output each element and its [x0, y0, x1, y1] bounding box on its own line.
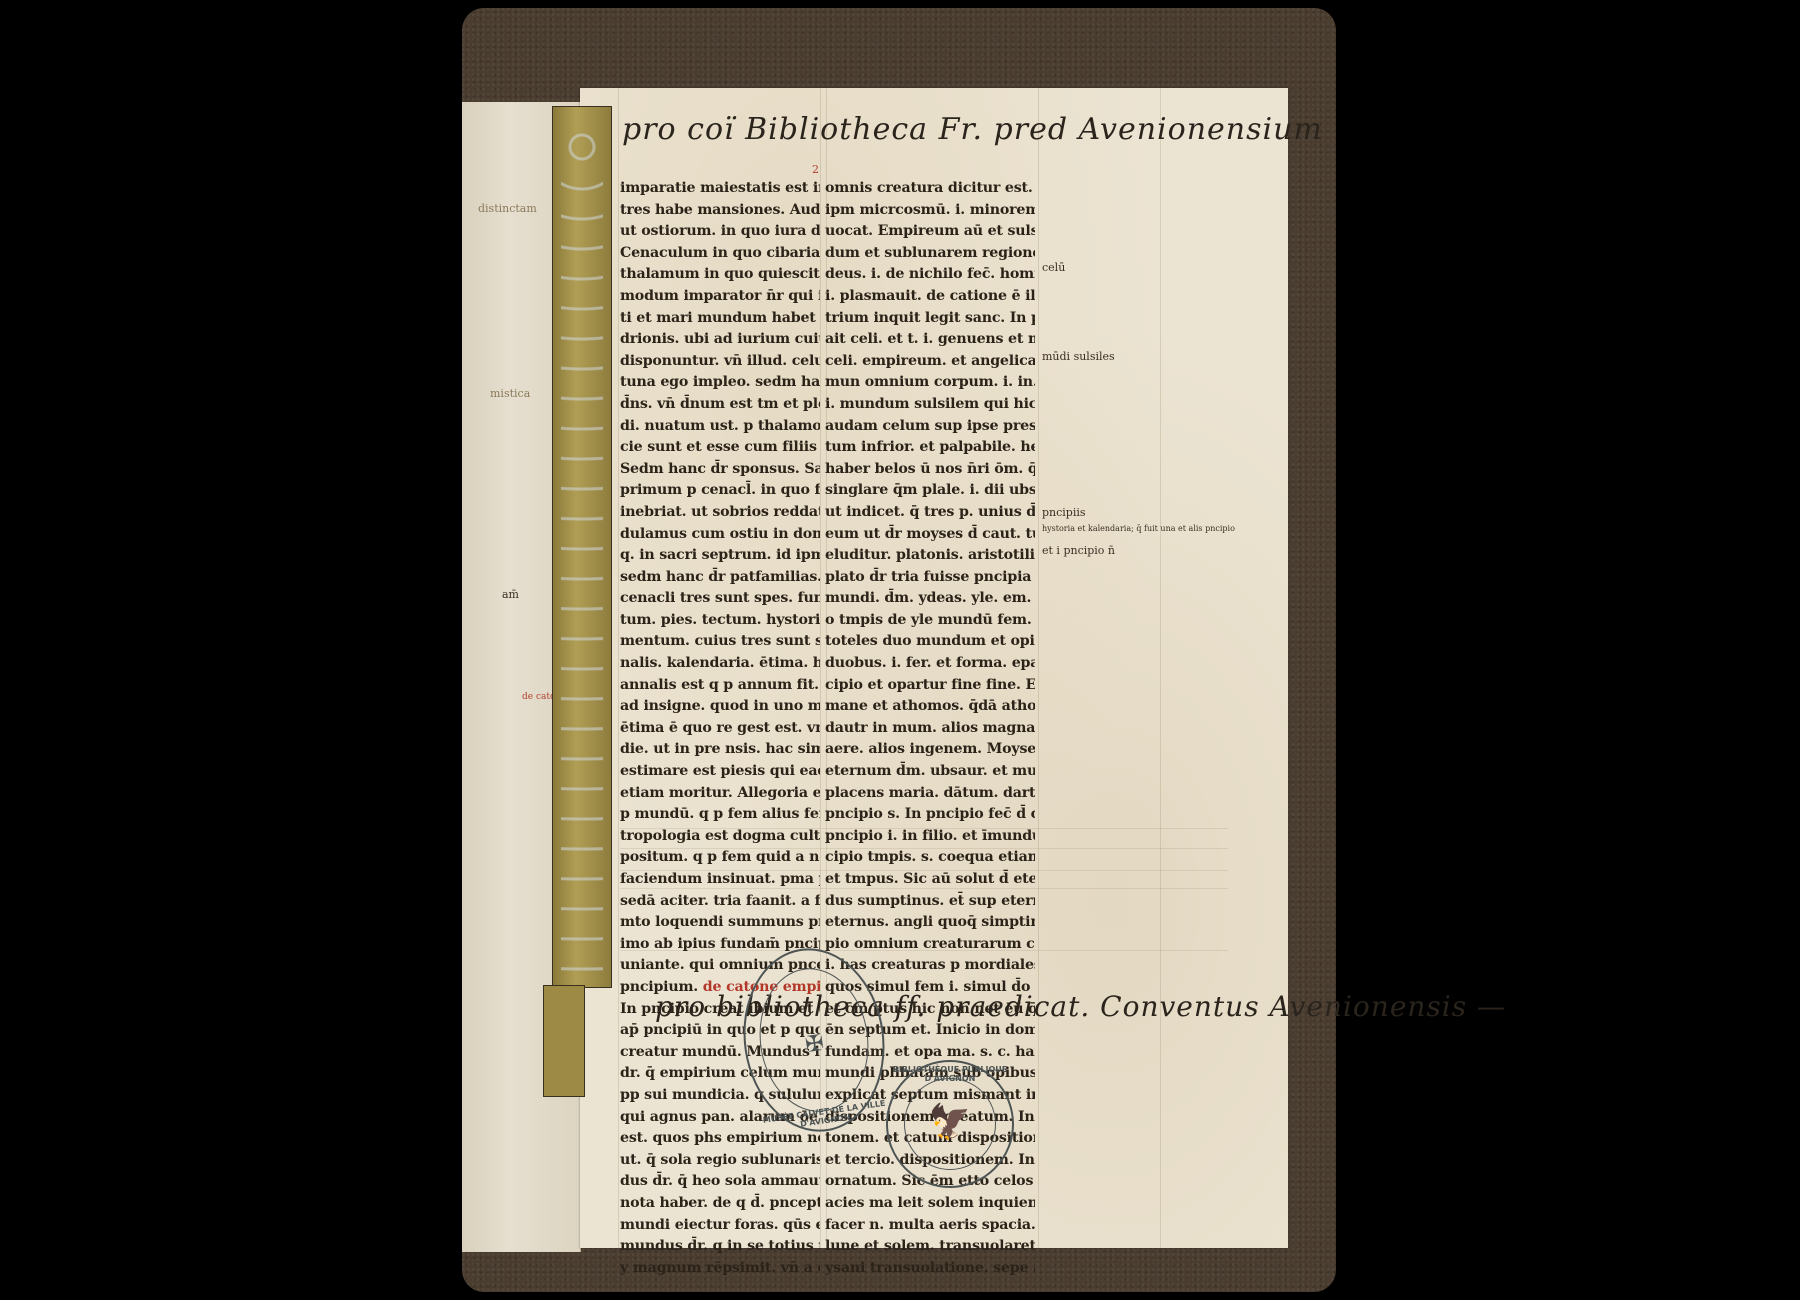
text-line: tum. pies. tectum. hystoria funda — [620, 610, 820, 632]
text-line: pncipio s. In pncipio fec̄ d̄ c. et t. m — [825, 804, 1035, 826]
text-line: dus d̄r. q̄ heo sola ammautia nō — [620, 1171, 820, 1193]
text-line: p mundū. q p fem alius fem signt — [620, 804, 820, 826]
text-line: acies ma leit solem inquientem. q̄ d̄ no… — [825, 1193, 1035, 1215]
text-line: o tmpis de yle mundū fem. fuisse. Ari — [825, 610, 1035, 632]
text-line: cipio et opartur fine fine. Epicurus du — [825, 675, 1035, 697]
text-line: duobus. i. fer. et forma. eparens fer pn — [825, 653, 1035, 675]
bibliotheque-avignon-stamp: 🦅 BIBLIOTHÈQUE PUBLIQUE D'AVIGNON — [886, 1060, 1014, 1188]
eagle-emblem-icon: 🦅 — [888, 1102, 1012, 1142]
marginal-note: pncipiis — [1042, 506, 1086, 519]
text-line: facer n. multa aeris spacia. q̄ sunt mū — [825, 1215, 1035, 1237]
text-line: mto loquendi summuns pncipium. — [620, 912, 820, 934]
marginal-note: distinctam — [478, 202, 537, 215]
text-line: celi. empireum. et angelicam n̄m. Tuum — [825, 351, 1035, 373]
ownership-inscription-top: pro coï Bibliotheca Fr. pred Avenionensi… — [622, 112, 1323, 147]
text-line: ti et mari mundum habet pan — [620, 308, 820, 330]
text-line: etiam moritur. Allegoria est piesis — [620, 783, 820, 805]
text-line: imparatie maiestatis est in palacio — [620, 178, 820, 200]
text-line: estimare est piesis qui eadie qua nat — [620, 761, 820, 783]
text-line: dum et sublunarem regionem caut — [825, 243, 1035, 265]
text-line: tum infrior. et palpabile. hebreus — [825, 437, 1035, 459]
text-line: q. in sacri septrum. id ipm sapientie — [620, 545, 820, 567]
text-line: ysani transuolatione. sepe addam pius — [825, 1258, 1035, 1280]
text-line: sedm hanc d̄r patfamilias. huiu — [620, 567, 820, 589]
marginal-note: am̄ — [502, 588, 519, 601]
text-line: faciendum insinuat. pma planga — [620, 869, 820, 891]
text-line: ut ostiorum. in quo iura discent. — [620, 221, 820, 243]
text-line: haber belos ū nos n̄ri ōm. q̄ ēua — [825, 459, 1035, 481]
text-line: ētima ē quo re gest est. vno — [620, 718, 820, 740]
text-line: modum imparator n̄r qui impartie — [620, 286, 820, 308]
illuminated-initial-tail — [543, 985, 585, 1097]
vine-ornament — [561, 117, 603, 977]
text-line: pio omnium creaturarum creauit celum et … — [825, 934, 1035, 956]
text-line: i. mundum sulsilem qui hic çstatuem. — [825, 394, 1035, 416]
text-line: ad insigne. quod in uno mse fit. ē — [620, 696, 820, 718]
text-line: tropologia est dogma cultuū sup — [620, 826, 820, 848]
illuminated-initial-i — [552, 106, 612, 988]
text-line: disponuntur. vn̄ illud. celum est — [620, 351, 820, 373]
text-line: cie sunt et esse cum filiis hominū. — [620, 437, 820, 459]
text-line: dautr in mum. alios magna. alios in — [825, 718, 1035, 740]
text-line: mentum. cuius tres sunt spes. An — [620, 631, 820, 653]
text-line: eum ut d̄r moyses d̄ caut. tum errore — [825, 524, 1035, 546]
text-line: i. plasmauit. de catione ē illorum — [825, 286, 1035, 308]
text-line: ipm micrcosmū. i. minorem mundū — [825, 200, 1035, 222]
text-line: nalis. kalendaria. ētima. hystoria — [620, 653, 820, 675]
text-line: eternus. angli quoq̄ simptinu. et mpnci — [825, 912, 1035, 934]
text-line: uocat. Empireum aū et sulsilem mū — [825, 221, 1035, 243]
text-line: dus sumptinus. et̄ sup eternus. i. timpa… — [825, 891, 1035, 913]
text-line: mundus d̄r. q in se totius mundi — [620, 1236, 820, 1258]
text-line: mundi. d̄m. ydeas. yle. em. et mpncipio — [825, 588, 1035, 610]
text-line: die. ut in pre nsis. hac similitudine — [620, 739, 820, 761]
text-line: ait celi. et t. i. genuens et mpncipio — [825, 329, 1035, 351]
text-line: placens maria. dātum. dartū aū et — [825, 783, 1035, 805]
text-line: plato d̄r tria fuisse pncipia ab eterno — [825, 567, 1035, 589]
text-line: audam celum sup ipse pres intelligunt — [825, 416, 1035, 438]
marginal-note: mistica — [490, 387, 530, 400]
text-line: lune et solem. transuolaret. qū in mōt… — [825, 1236, 1035, 1258]
text-line: d̄ns. vn̄ d̄num est tm et plenitu — [620, 394, 820, 416]
text-line: singlare q̄m plale. i. dii ubsdommu. — [825, 480, 1035, 502]
text-line: y magnum rēpsimit. vn̄ a domino — [620, 1258, 820, 1280]
text-line: mun omnium corpum. i. in. elem̄ta. — [825, 372, 1035, 394]
text-line: toteles duo mundum et opificem. q do — [825, 631, 1035, 653]
text-line: inebriat. ut sobrios reddat. vn̄ — [620, 502, 820, 524]
text-line: di. nuatum ust. p thalamo. q deli — [620, 416, 820, 438]
text-line: tuna ego impleo. sedm hanc dici — [620, 372, 820, 394]
marginal-note: celū — [1042, 261, 1065, 274]
text-line: dulamus cum ostiu in domo d̄. — [620, 524, 820, 546]
text-line: positum. q p fem quid a nobis s̄ — [620, 847, 820, 869]
text-line: mane et athomos. q̄dā athomos fuit — [825, 696, 1035, 718]
text-line: annalis est q p annum fit. ē s. — [620, 675, 820, 697]
text-line: aere. alios ingenem. Moyses i. solum — [825, 739, 1035, 761]
folio-number: 2 — [812, 163, 819, 176]
text-line: Sedm hanc d̄r sponsus. Sacm se — [620, 459, 820, 481]
marginal-note: et i pncipio n̄ — [1042, 544, 1115, 557]
text-line: primum p cenacl̄. in quo f. suos — [620, 480, 820, 502]
text-line: tres habe mansiones. Auditorium — [620, 200, 820, 222]
text-line: omnis creatura dicitur est. et greau — [825, 178, 1035, 200]
text-line: thalamum in quo quiescit. Ad hēc — [620, 264, 820, 286]
text-line: eluditur. platonis. aristotilis. epicuri… — [825, 545, 1035, 567]
marginal-note: hystoria et kalendaria; q̄ fuit una et a… — [1042, 524, 1235, 533]
text-line: sedā aciter. tria faanit. a funda — [620, 891, 820, 913]
text-line: cenacli tres sunt spes. fundame — [620, 588, 820, 610]
text-line: et tmpus. Sic aū solut d̄ eternus. s̄mu — [825, 869, 1035, 891]
text-line: mundi eiectur foras. qūs etiam h. — [620, 1215, 820, 1237]
text-line: deus. i. de nichilo fec̄. hominē ū. da… — [825, 264, 1035, 286]
text-line: est. quos phs empirium no ognos — [620, 1128, 820, 1150]
text-line: Cenaculum in quo cibaria distribu- — [620, 243, 820, 265]
marginal-note: mūdi sulsiles — [1042, 350, 1115, 363]
text-line: trium inquit legit sanc. In pncipio c — [825, 308, 1035, 330]
text-line: eternum d̄m. ubsaur. et mundum sine — [825, 761, 1035, 783]
text-line: drionis. ubi ad iurium cuius oïa — [620, 329, 820, 351]
text-line: nota haber. de q d̄. pncept huius — [620, 1193, 820, 1215]
text-line: ut indicet. q̄ tres p. unius d̄ cariē — [825, 502, 1035, 524]
text-line: pncipio i. in filio. et īmundum. mpn — [825, 826, 1035, 848]
text-line: ut. q̄ sola regio sublunaris mu — [620, 1150, 820, 1172]
text-line: cipio tmpis. s. coequa etiam sunt mūd — [825, 847, 1035, 869]
